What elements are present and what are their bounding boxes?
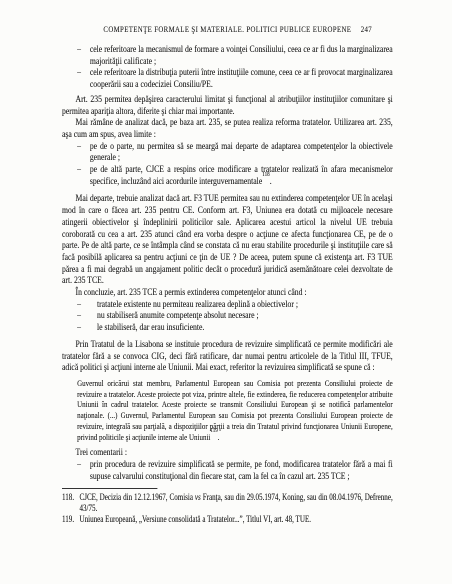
quote-text: Guvernul oricărui stat membru, Parlament… — [77, 378, 393, 442]
footnote-text: CJCE, Decizia din 12.12.1967, Comisia — [79, 492, 194, 502]
bullet-marker: – — [77, 67, 81, 79]
running-header: COMPETENŢE FORMALE ŞI MATERIALE. POLITIC… — [62, 24, 393, 35]
footnotes: 118. CJCE, Decizia din 12.12.1967, Comis… — [62, 492, 393, 525]
list-item-text: pe de altă parte, CJCE a respins orice m… — [90, 164, 393, 187]
paragraph-conclusion: În concluzie, art. 235 TCE a permis exti… — [62, 287, 393, 299]
footnote-ref-119: 119 — [210, 427, 217, 434]
list-item: – cele referitoare la distribuţia puteri… — [62, 67, 393, 90]
footnote-119: 119. Uniunea Europeană, „Versiune consol… — [62, 514, 393, 525]
list-item-text: pe de o parte, nu permitea să se meargă … — [90, 141, 393, 164]
bullet-marker: – — [77, 322, 81, 334]
list-item: – prin procedura de revizuire simplifica… — [62, 459, 393, 482]
text-column: COMPETENŢE FORMALE ŞI MATERIALE. POLITIC… — [62, 24, 393, 525]
bullet-marker: – — [77, 459, 81, 471]
page-number: 247 — [361, 24, 372, 34]
bullet-list-limits: – pe de o parte, nu permitea să se mearg… — [62, 141, 393, 188]
quote-tail: . — [218, 432, 220, 442]
bullet-list-comments: – prin procedura de revizuire simplifica… — [62, 459, 393, 482]
list-item-text: prin procedura de revizuire simplificată… — [90, 459, 393, 482]
footnote-number: 119. — [62, 514, 74, 525]
paragraph-lisbon-treaty: Prin Tratatul de la Lisabona se institui… — [62, 339, 393, 374]
list-item: – nu stabiliseră anumite competenţe abso… — [62, 310, 393, 322]
list-item: – le stabiliseră, dar erau insuficiente. — [62, 322, 393, 334]
bullet-marker: – — [77, 141, 81, 153]
list-item-text: nu stabiliseră anumite competenţe absolu… — [97, 310, 259, 321]
list-item-text: le stabiliseră, dar erau insuficiente. — [97, 322, 204, 333]
paragraph-art-235: Art. 235 permitea depăşirea caracterului… — [62, 94, 393, 117]
list-item-text: tratatele existente nu permiteau realiza… — [97, 299, 298, 310]
list-item: – cele referitoare la mecanismul de form… — [62, 44, 393, 67]
footnote-number: 118. — [62, 492, 74, 503]
paragraph-three-comments: Trei comentarii : — [62, 447, 393, 459]
book-page: COMPETENŢE FORMALE ŞI MATERIALE. POLITIC… — [0, 0, 452, 584]
footnote-separator — [62, 488, 157, 489]
list-item: – pe de o parte, nu permitea să se mearg… — [62, 141, 393, 164]
list-item: – pe de altă parte, CJCE a respins orice… — [62, 164, 393, 187]
footnote-text: Uniunea Europeană, „Versiune consolidată… — [79, 514, 311, 524]
paragraph-limits: Mai rămâne de analizat dacă, pe baza art… — [62, 117, 393, 140]
paragraph-f3-tue: Mai departe, trebuie analizat dacă art. … — [62, 193, 393, 287]
bullet-list-treaty-aspects: – cele referitoare la mecanismul de form… — [62, 44, 393, 91]
bullet-marker: – — [77, 299, 81, 311]
list-item-text: cele referitoare la mecanismul de formar… — [90, 44, 393, 67]
bullet-marker: – — [77, 164, 81, 176]
bullet-marker: – — [77, 310, 81, 322]
list-item-text: cele referitoare la distribuţia puterii … — [90, 67, 393, 90]
footnote-118: 118. CJCE, Decizia din 12.12.1967, Comis… — [62, 492, 393, 514]
bullet-list-conclusion: – tratatele existente nu permiteau reali… — [62, 299, 393, 334]
running-header-title: COMPETENŢE FORMALE ŞI MATERIALE. POLITIC… — [62, 24, 393, 34]
list-item-tail: . — [270, 176, 272, 187]
footnote-ref-118: 118 — [262, 171, 269, 178]
block-quote-revision-procedure: Guvernul oricărui stat membru, Parlament… — [77, 378, 393, 442]
bullet-marker: – — [77, 44, 81, 56]
list-item: – tratatele existente nu permiteau reali… — [62, 299, 393, 311]
